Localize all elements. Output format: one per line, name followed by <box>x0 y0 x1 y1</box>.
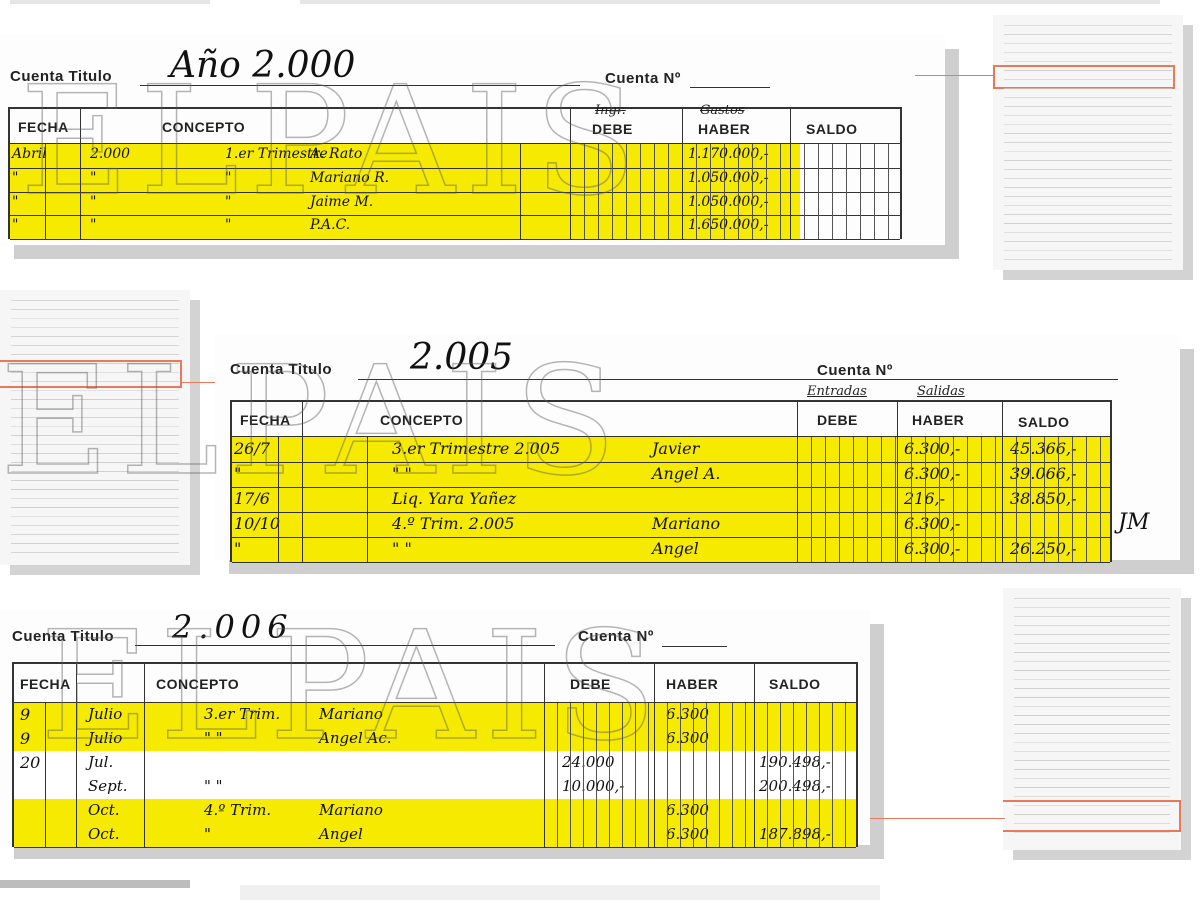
thumbnail-line <box>1014 607 1171 608</box>
grid-line <box>767 703 768 847</box>
cell-fecha: " <box>234 539 241 558</box>
thumbnail-line <box>1014 706 1171 707</box>
col-header-saldo: SALDO <box>769 676 821 692</box>
thumbnail-line <box>1004 214 1171 215</box>
thumbnail-line <box>1014 742 1171 743</box>
cell-mes: Oct. <box>88 801 120 819</box>
grid-line <box>911 437 912 562</box>
cuenta-no-label: Cuenta Nº <box>817 362 893 379</box>
callout-leader <box>915 75 995 76</box>
cropped-sheet-edge <box>300 0 1160 4</box>
grid-line <box>766 144 767 239</box>
grid-line <box>710 144 711 239</box>
thumbnail-line <box>1004 43 1171 44</box>
thumbnail-line <box>1004 241 1171 242</box>
table-row: Oct.4.º Trim.Mariano6.300 <box>14 799 856 824</box>
thumbnail-line <box>1014 679 1171 680</box>
thumbnail-line <box>11 318 178 319</box>
thumbnail-line <box>1004 259 1171 260</box>
grid-line <box>811 437 812 562</box>
cell-nombre: Angel <box>652 539 699 558</box>
cell-nombre: Angel A. <box>652 464 720 483</box>
col-divider <box>682 109 683 239</box>
cell-nombre: Mariano <box>319 801 383 819</box>
haber-note: Gastos <box>700 103 745 118</box>
thumbnail-line <box>1014 733 1171 734</box>
cell-haber: 6.300,- <box>904 439 960 458</box>
cell-fecha: 20 <box>20 753 40 772</box>
grid-line <box>981 437 982 562</box>
cell-mes: Sept. <box>88 777 128 795</box>
thumbnail-line <box>1004 115 1171 116</box>
thumbnail-line <box>1014 769 1171 770</box>
thumbnail-line <box>1014 751 1171 752</box>
grid-line <box>967 437 968 562</box>
cropped-sheet-edge <box>0 880 190 888</box>
thumbnail-line <box>1014 760 1171 761</box>
col-header-saldo: SALDO <box>806 121 858 137</box>
thumbnail-line <box>1004 151 1171 152</box>
thumbnail-line <box>1014 625 1171 626</box>
cell-nombre: Angel <box>319 825 363 843</box>
grid-line <box>667 703 668 847</box>
grid-line <box>867 437 868 562</box>
grid-line <box>780 703 781 847</box>
grid-line <box>995 437 996 562</box>
grid-line <box>925 437 926 562</box>
grid-line <box>939 437 940 562</box>
grid-line <box>719 703 720 847</box>
grid-line <box>668 144 669 239</box>
grid-line <box>953 437 954 562</box>
thumbnail-line <box>1004 25 1171 26</box>
cell-fecha: 10/10 <box>234 514 280 533</box>
table-row: 10/104.º Trim. 2.005Mariano6.300,- <box>232 512 1110 538</box>
col-header-haber: HABER <box>912 412 964 428</box>
cell-haber: 6.300 <box>666 825 709 843</box>
cell-haber: 6.300 <box>666 705 709 723</box>
grid-line <box>1100 437 1101 562</box>
col-header-haber: HABER <box>698 121 750 137</box>
thumbnail-line <box>1004 97 1171 98</box>
col-divider <box>790 109 791 239</box>
watermark-text: ELPAIS <box>0 335 627 509</box>
table-row: "" "Angel6.300,-26.250,- <box>232 537 1110 563</box>
grid-line <box>860 144 861 239</box>
watermark-text: ELPAIS <box>20 55 647 229</box>
thumbnail-line <box>1014 661 1171 662</box>
cell-haber: 1.050.000,- <box>688 194 768 210</box>
grid-line <box>818 144 819 239</box>
thumbnail-line <box>1004 250 1171 251</box>
cell-haber: 6.300 <box>666 729 709 747</box>
col-divider <box>1002 402 1003 562</box>
grid-line <box>832 144 833 239</box>
thumbnail-line <box>1014 652 1171 653</box>
thumbnail-line <box>11 309 178 310</box>
thumbnail-line <box>1004 34 1171 35</box>
grid-line <box>1016 437 1017 562</box>
thumbnail-line <box>1004 61 1171 62</box>
cell-haber: 1.170.000,- <box>688 146 768 162</box>
cell-fecha: 9 <box>20 705 30 724</box>
cell-haber: 6.300 <box>666 801 709 819</box>
thumbnail-line <box>1014 688 1171 689</box>
thumbnail-line <box>1004 160 1171 161</box>
callout-leader <box>870 818 1005 819</box>
cell-concepto: " " <box>204 777 223 795</box>
grid-line <box>780 144 781 239</box>
thumbnail-line <box>1014 616 1171 617</box>
cell-nombre: Mariano <box>652 514 720 533</box>
cell-fecha: " <box>12 194 18 210</box>
grid-line <box>680 703 681 847</box>
grid-line <box>839 437 840 562</box>
grid-line <box>752 144 753 239</box>
grid-line <box>895 437 896 562</box>
cell-nombre: Javier <box>652 439 699 458</box>
thumbnail-line <box>1014 814 1171 815</box>
cell-saldo: 200.498,- <box>759 777 831 795</box>
cell-mes: Oct. <box>88 825 120 843</box>
cell-haber: 1.650.000,- <box>688 217 768 233</box>
ledger-thumbnail-2000 <box>993 15 1183 270</box>
thumbnail-line <box>1004 52 1171 53</box>
thumbnail-line <box>1014 805 1171 806</box>
cell-concepto: " <box>204 825 211 843</box>
grid-line <box>806 703 807 847</box>
thumbnail-line <box>1004 106 1171 107</box>
grid-line <box>1044 437 1045 562</box>
col-divider <box>897 402 898 562</box>
thumbnail-line <box>1014 670 1171 671</box>
initials-signature: JM <box>1118 510 1149 535</box>
thumbnail-line <box>1014 643 1171 644</box>
thumbnail-line <box>1004 187 1171 188</box>
thumbnail-line <box>11 534 178 535</box>
grid-line <box>1086 437 1087 562</box>
grid-line <box>819 703 820 847</box>
thumbnail-line <box>1014 634 1171 635</box>
thumbnail-line <box>1014 697 1171 698</box>
grid-line <box>804 144 805 239</box>
grid-line <box>1058 437 1059 562</box>
grid-line <box>793 703 794 847</box>
col-header-debe: DEBE <box>817 412 858 428</box>
thumbnail-line <box>1014 724 1171 725</box>
thumbnail-line <box>1014 715 1171 716</box>
thumbnail-line <box>1004 133 1171 134</box>
thumbnail-line <box>1004 124 1171 125</box>
ledger-thumbnail-2006 <box>1003 588 1181 850</box>
thumbnail-line <box>1004 169 1171 170</box>
thumbnail-line <box>1014 778 1171 779</box>
grid-line <box>845 703 846 847</box>
cell-concepto: 4.º Trim. 2.005 <box>392 514 514 533</box>
thumbnail-line <box>1004 142 1171 143</box>
grid-line <box>1072 437 1073 562</box>
grid-line <box>706 703 707 847</box>
grid-line <box>745 703 746 847</box>
thumbnail-line <box>1004 232 1171 233</box>
thumbnail-line <box>1014 787 1171 788</box>
grid-line <box>696 144 697 239</box>
cell-fecha: 9 <box>20 729 30 748</box>
grid-line <box>874 144 875 239</box>
cell-haber: 6.300,- <box>904 539 960 558</box>
thumbnail-line <box>11 516 178 517</box>
grid-line <box>693 703 694 847</box>
grid-line <box>1030 437 1031 562</box>
cell-concepto: " " <box>392 539 412 558</box>
table-row: Sept." "10.000,-200.498,- <box>14 775 856 800</box>
col-divider <box>754 664 755 847</box>
grid-line <box>832 703 833 847</box>
grid-line <box>724 144 725 239</box>
thumbnail-line <box>1004 88 1171 89</box>
grid-line <box>846 144 847 239</box>
watermark-text: ELPAIS <box>40 600 667 774</box>
cell-fecha: " <box>12 170 18 186</box>
thumbnail-line <box>1004 205 1171 206</box>
col-header-haber: HABER <box>666 676 718 692</box>
cell-saldo: 190.498,- <box>759 753 831 771</box>
thumbnail-line <box>1004 223 1171 224</box>
cell-debe: 10.000,- <box>562 777 624 795</box>
cropped-sheet-edge <box>10 0 210 4</box>
cuenta-no-underline <box>662 646 727 647</box>
col-header-saldo: SALDO <box>1018 414 1070 430</box>
thumbnail-line <box>11 525 178 526</box>
grid-line <box>881 437 882 562</box>
thumbnail-line <box>1014 832 1171 833</box>
table-row: Oct."Angel6.300187.898,- <box>14 823 856 848</box>
debe-note: Entradas <box>807 384 867 399</box>
thumbnail-line <box>1004 79 1171 80</box>
cell-haber: 6.300,- <box>904 514 960 533</box>
cell-fecha: " <box>12 217 18 233</box>
cell-haber: 6.300,- <box>904 464 960 483</box>
cropped-sheet-edge <box>240 885 880 900</box>
callout-box <box>993 65 1175 89</box>
cuenta-no-underline <box>690 87 770 88</box>
grid-line <box>853 437 854 562</box>
grid-line <box>825 437 826 562</box>
thumbnail-line <box>1004 70 1171 71</box>
cell-concepto: 4.º Trim. <box>204 801 271 819</box>
cell-saldo: 187.898,- <box>759 825 831 843</box>
thumbnail-line <box>11 300 178 301</box>
thumbnail-line <box>1014 823 1171 824</box>
haber-note: Salidas <box>917 384 965 399</box>
grid-line <box>888 144 889 239</box>
grid-line <box>654 144 655 239</box>
thumbnail-line <box>11 543 178 544</box>
thumbnail-line <box>1004 178 1171 179</box>
col-divider <box>797 402 798 562</box>
thumbnail-line <box>1014 598 1171 599</box>
thumbnail-line <box>11 552 178 553</box>
grid-line <box>738 144 739 239</box>
thumbnail-line <box>1014 796 1171 797</box>
thumbnail-line <box>1004 196 1171 197</box>
grid-line <box>732 703 733 847</box>
cell-haber: 1.050.000,- <box>688 170 768 186</box>
thumbnail-line <box>11 327 178 328</box>
